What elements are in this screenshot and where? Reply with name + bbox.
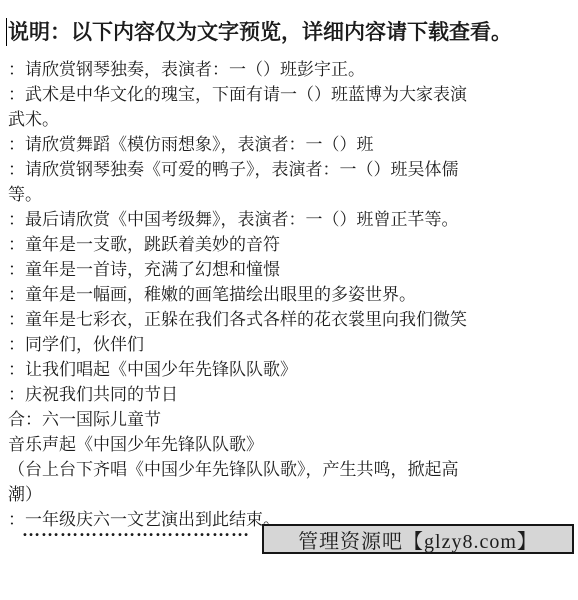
document-line: ：童年是七彩衣，正躲在我们各式各样的花衣裳里向我们微笑 <box>8 307 467 332</box>
document-line: ：同学们，伙伴们 <box>8 332 467 357</box>
document-line: 武术。 <box>8 107 467 132</box>
document-body: ：请欣赏钢琴独奏，表演者：一（）班彭宇正。：武术是中华文化的瑰宝，下面有请一（）… <box>8 57 467 532</box>
document-line: ：童年是一首诗，充满了幻想和憧憬 <box>8 257 467 282</box>
document-line: ：庆祝我们共同的节日 <box>8 382 467 407</box>
document-line: ：让我们唱起《中国少年先锋队队歌》 <box>8 357 467 382</box>
watermark-label: 管理资源吧【glzy8.com】 <box>298 525 538 554</box>
document-line: ：童年是一支歌，跳跃着美妙的音符 <box>8 232 467 257</box>
document-line: 等。 <box>8 182 467 207</box>
watermark-box[interactable]: 管理资源吧【glzy8.com】 <box>262 524 574 554</box>
document-preview-page: 说明：以下内容仅为文字预览，详细内容请下载查看。 ：请欣赏钢琴独奏，表演者：一（… <box>0 0 578 600</box>
document-line: （台上台下齐唱《中国少年先锋队队歌》，产生共鸣，掀起高 <box>8 457 467 482</box>
document-line: ：最后请欣赏《中国考级舞》，表演者：一（）班曾正芊等。 <box>8 207 467 232</box>
ellipsis-line: ……………………………… <box>22 520 250 541</box>
document-line: ：请欣赏钢琴独奏，表演者：一（）班彭宇正。 <box>8 57 467 82</box>
text-cursor <box>6 18 7 46</box>
document-line: 合：六一国际儿童节 <box>8 407 467 432</box>
document-line: ：请欣赏舞蹈《模仿雨想象》，表演者：一（）班 <box>8 132 467 157</box>
document-line: ：请欣赏钢琴独奏《可爱的鸭子》，表演者：一（）班吴体儒 <box>8 157 467 182</box>
preview-notice: 说明：以下内容仅为文字预览，详细内容请下载查看。 <box>8 16 512 46</box>
document-line: 音乐声起《中国少年先锋队队歌》 <box>8 432 467 457</box>
document-line: 潮） <box>8 482 467 507</box>
document-line: ：武术是中华文化的瑰宝，下面有请一（）班蓝博为大家表演 <box>8 82 467 107</box>
document-line: ：童年是一幅画，稚嫩的画笔描绘出眼里的多姿世界。 <box>8 282 467 307</box>
